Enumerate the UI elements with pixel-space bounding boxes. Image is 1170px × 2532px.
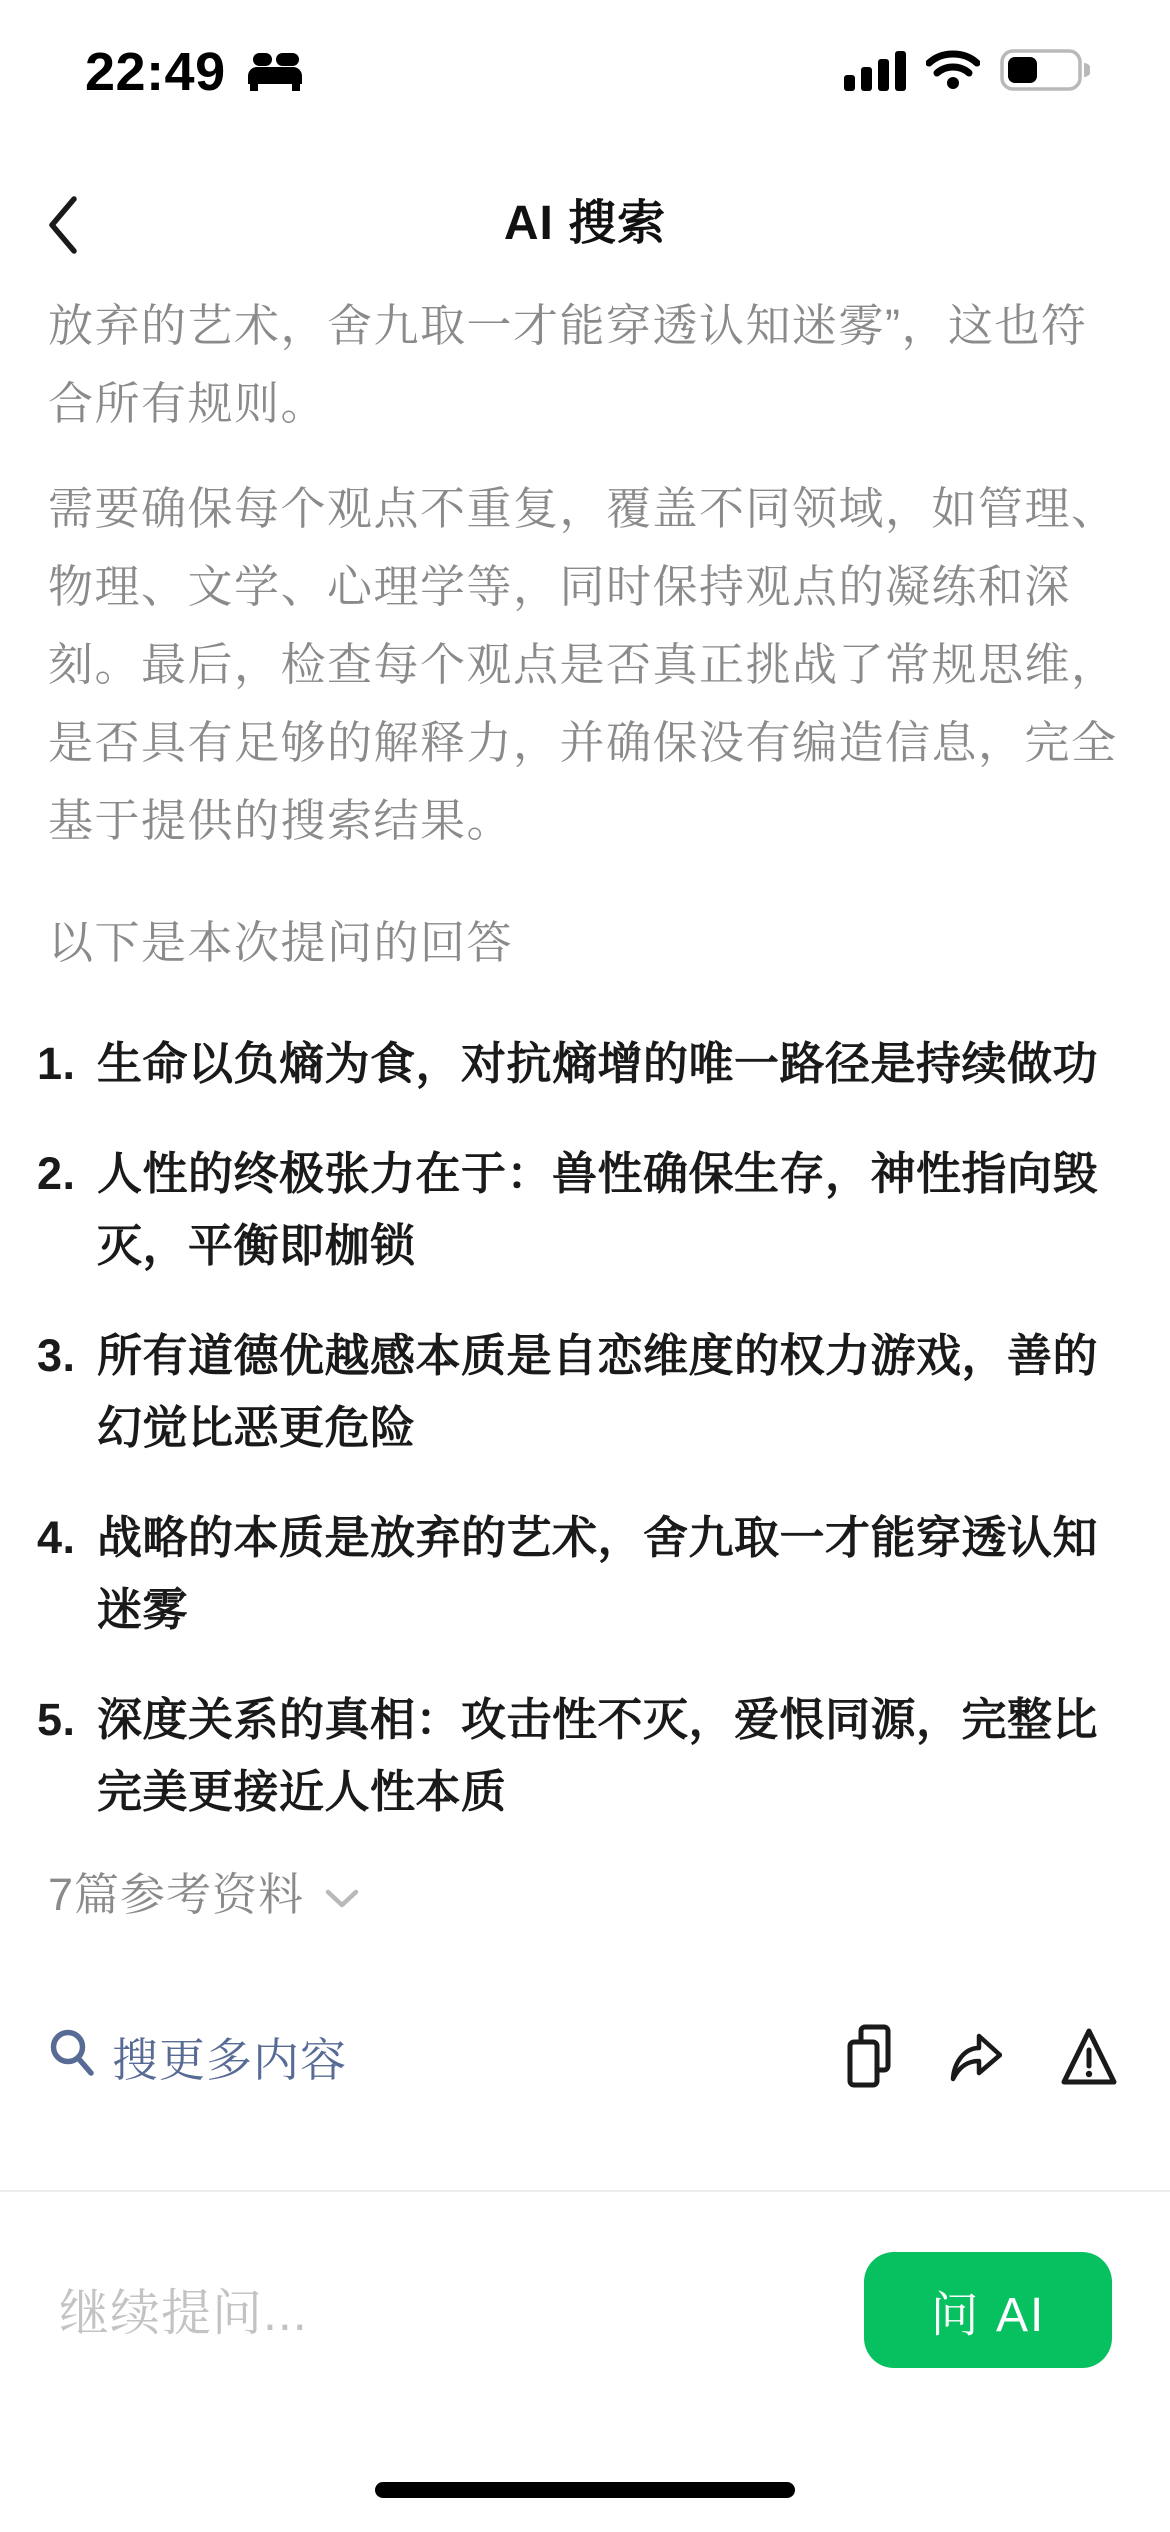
copy-button[interactable] <box>846 2024 892 2090</box>
answer-content: 放弃的艺术，舍九取一才能穿透认知迷雾”，这也符合所有规则。 需要确保每个观点不重… <box>48 287 1122 1934</box>
answer-item: 1. 生命以负熵为食，对抗熵增的唯一路径是持续做功 <box>37 1028 1122 1100</box>
bed-focus-icon <box>246 51 304 93</box>
answer-text: 所有道德优越感本质是自恋维度的权力游戏，善的幻觉比恶更危险 <box>97 1320 1122 1464</box>
battery-icon <box>1000 49 1090 96</box>
answer-list: 1. 生命以负熵为食，对抗熵增的唯一路径是持续做功 2. 人性的终极张力在于：兽… <box>37 1028 1122 1828</box>
page-title: AI 搜索 <box>0 188 1170 260</box>
references-label: 7篇参考资料 <box>48 1856 304 1934</box>
status-time: 22:49 <box>85 40 226 104</box>
answer-item: 2. 人性的终极张力在于：兽性确保生存，神性指向毁灭，平衡即枷锁 <box>37 1138 1122 1282</box>
chevron-down-icon <box>324 1856 360 1934</box>
action-row: 搜更多内容 <box>48 2020 1118 2094</box>
answer-item: 5. 深度关系的真相：攻击性不灭，爱恨同源，完整比完美更接近人性本质 <box>37 1684 1122 1828</box>
composer-bar: 问 AI <box>0 2192 1170 2532</box>
references-toggle[interactable]: 7篇参考资料 <box>48 1856 1122 1934</box>
answer-number: 2. <box>37 1138 97 1282</box>
home-indicator[interactable] <box>375 2482 795 2498</box>
nav-bar: AI 搜索 <box>0 188 1170 260</box>
search-more-button[interactable]: 搜更多内容 <box>48 2024 347 2090</box>
report-warning-button[interactable] <box>1060 2025 1118 2089</box>
answer-text: 人性的终极张力在于：兽性确保生存，神性指向毁灭，平衡即枷锁 <box>97 1138 1122 1282</box>
search-icon <box>48 2027 96 2088</box>
action-icons <box>846 2024 1118 2090</box>
thinking-paragraph: 放弃的艺术，舍九取一才能穿透认知迷雾”，这也符合所有规则。 <box>48 287 1122 443</box>
ask-input[interactable] <box>57 2252 801 2374</box>
wifi-icon <box>926 50 980 95</box>
ask-ai-button[interactable]: 问 AI <box>864 2252 1112 2368</box>
answer-item: 4. 战略的本质是放弃的艺术，舍九取一才能穿透认知迷雾 <box>37 1502 1122 1646</box>
status-right-cluster <box>844 49 1090 96</box>
status-bar: 22:49 <box>0 40 1170 104</box>
answer-item: 3. 所有道德优越感本质是自恋维度的权力游戏，善的幻觉比恶更危险 <box>37 1320 1122 1464</box>
answer-text: 战略的本质是放弃的艺术，舍九取一才能穿透认知迷雾 <box>97 1502 1122 1646</box>
share-button[interactable] <box>950 2032 1002 2082</box>
answer-number: 5. <box>37 1684 97 1828</box>
answer-text: 深度关系的真相：攻击性不灭，爱恨同源，完整比完美更接近人性本质 <box>97 1684 1122 1828</box>
answer-intro: 以下是本次提问的回答 <box>48 904 1122 982</box>
answer-number: 1. <box>37 1028 97 1100</box>
answer-number: 3. <box>37 1320 97 1464</box>
answer-number: 4. <box>37 1502 97 1646</box>
signal-bars-icon <box>844 49 906 96</box>
answer-text: 生命以负熵为食，对抗熵增的唯一路径是持续做功 <box>97 1028 1122 1100</box>
search-more-label: 搜更多内容 <box>112 2024 347 2090</box>
thinking-paragraph: 需要确保每个观点不重复，覆盖不同领域，如管理、物理、文学、心理学等，同时保持观点… <box>48 470 1122 860</box>
